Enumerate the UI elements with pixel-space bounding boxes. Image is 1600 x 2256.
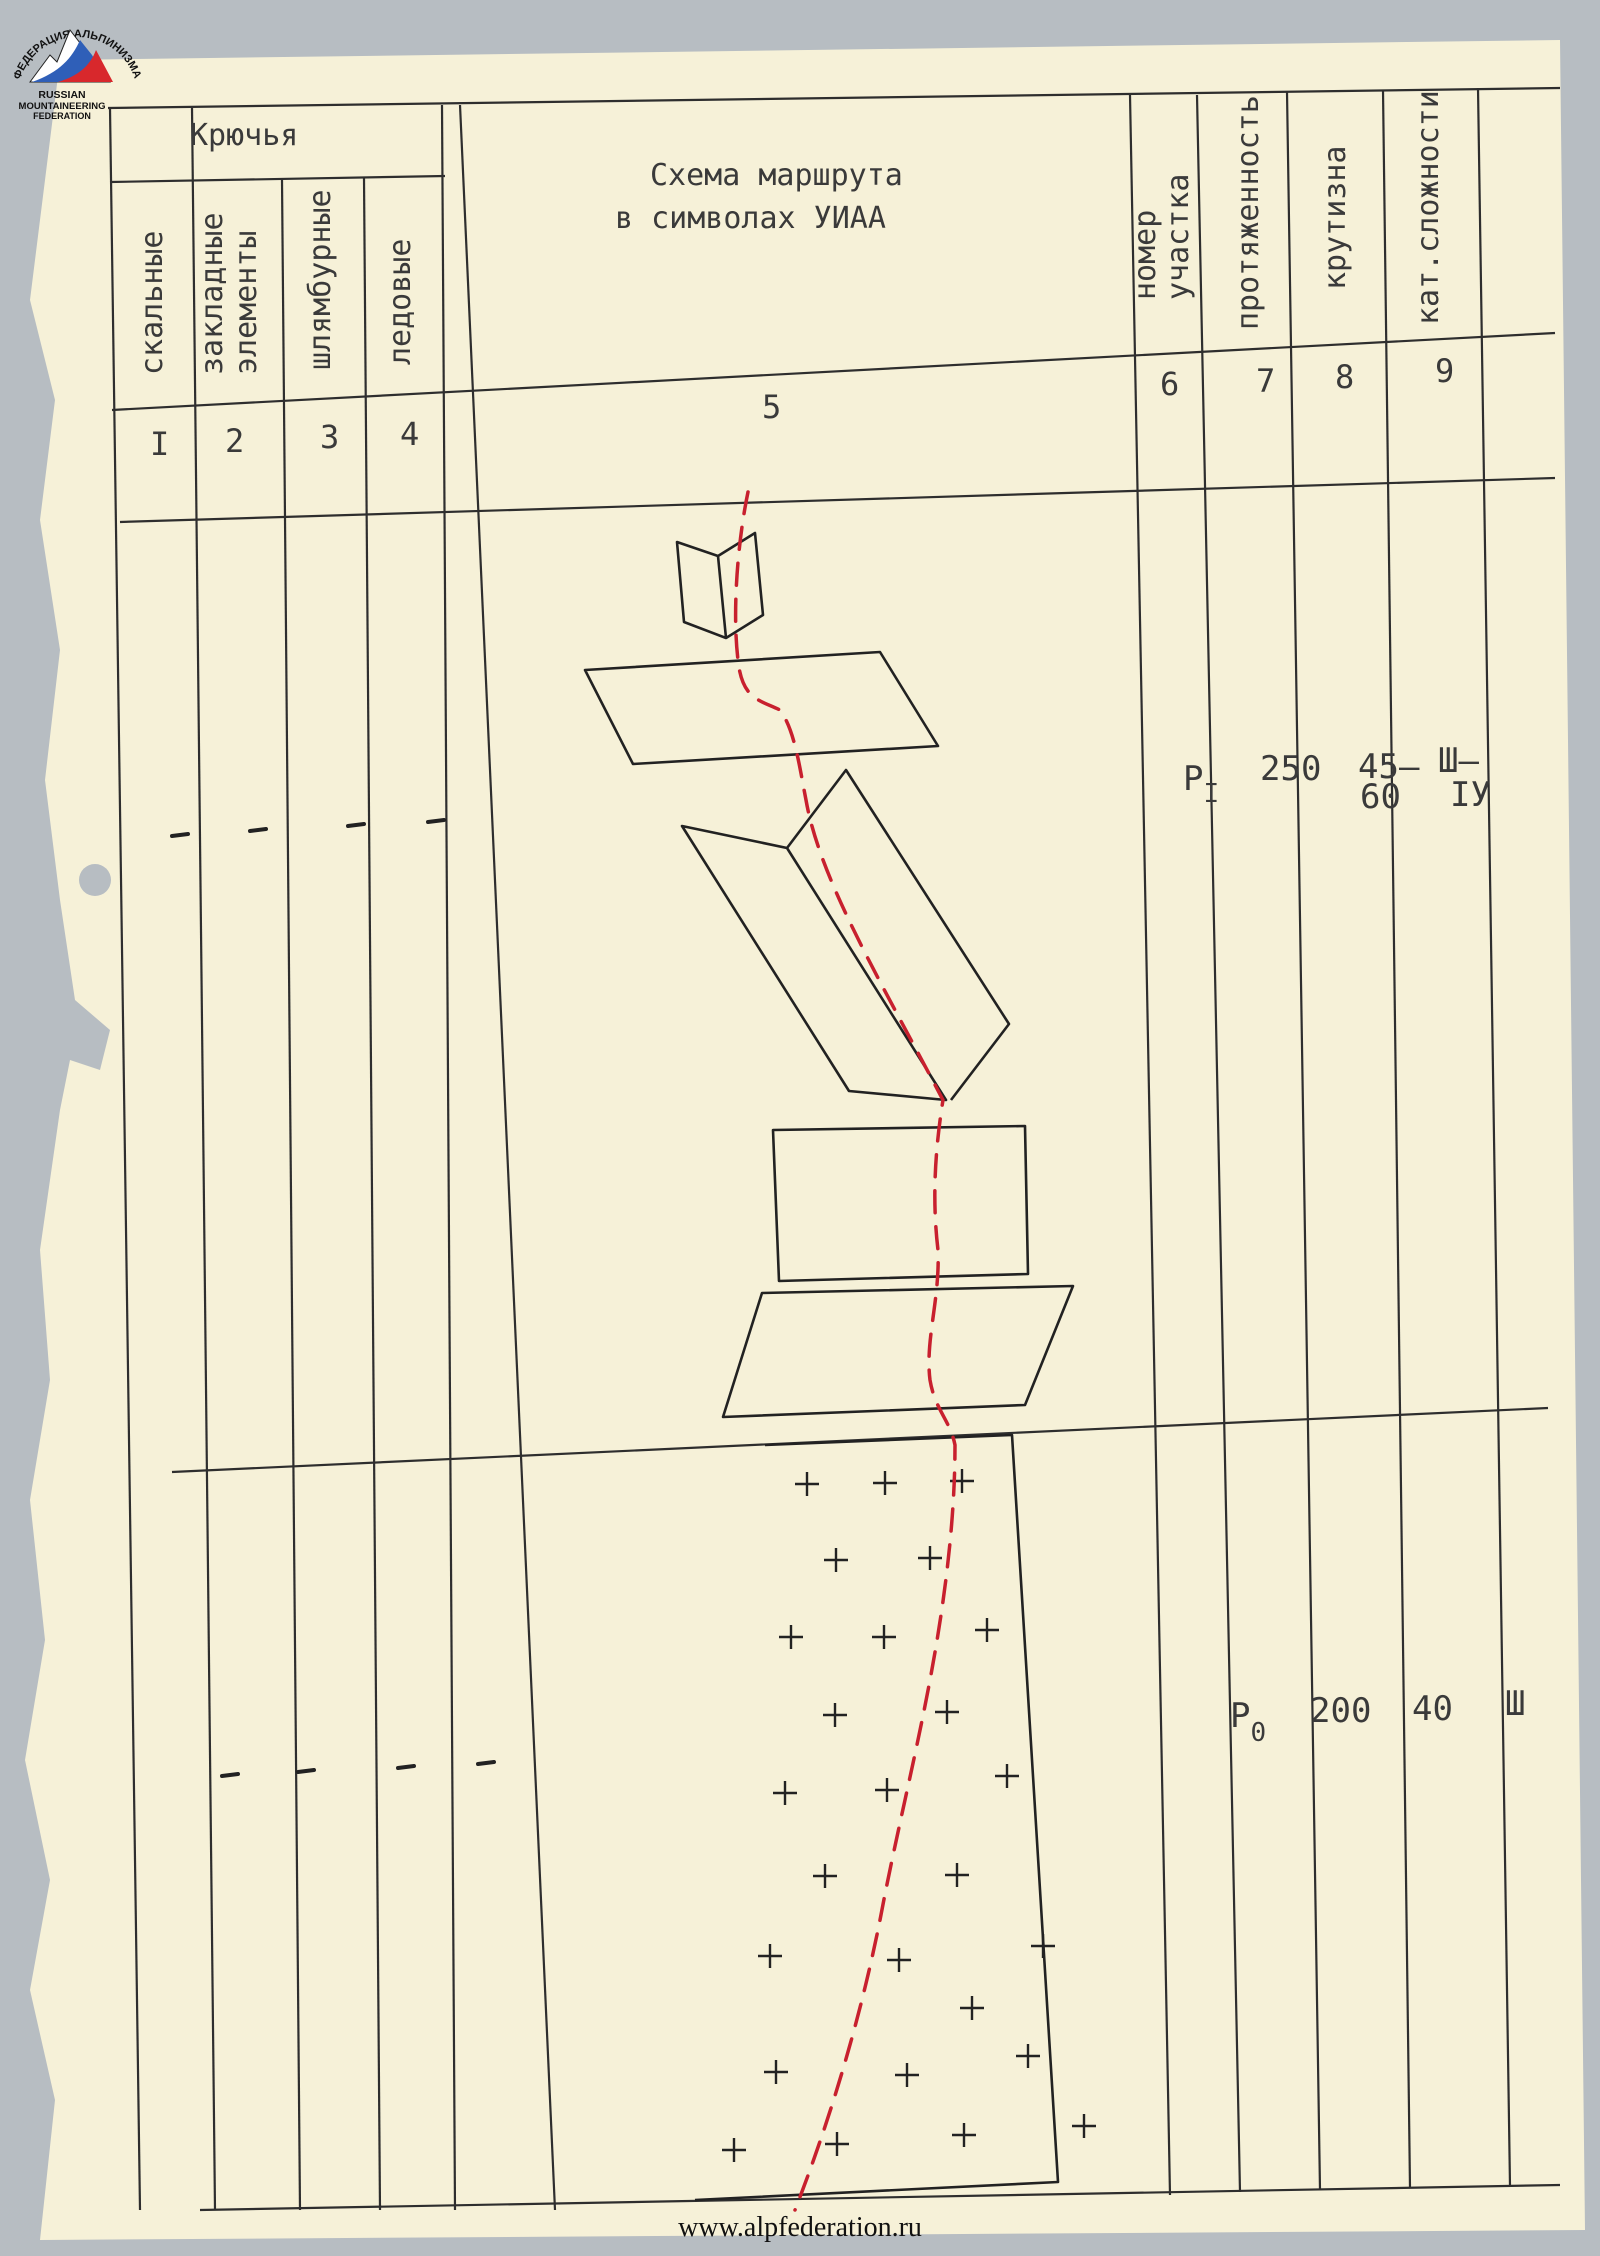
column-number-7: 7 [1256,362,1275,400]
hooks-group-header: Крючья [190,118,298,153]
column-label-scheme-line1: Схема маршрута [650,158,903,193]
steepness: 40 [1412,1689,1453,1729]
hooks-ice-dash [428,820,444,822]
column-header-1: скальные [135,231,170,376]
hooks-ice-dash [478,1762,494,1764]
logo-line3: FEDERATION [33,111,91,121]
column-header-2: закладные элементы [195,212,264,375]
hooks-chocks-dash [298,1770,314,1772]
steepness-line2: 60 [1360,777,1401,817]
hooks-rock-dash [172,834,188,836]
column-label-length: протяженность [1231,95,1266,330]
column-header-7: протяженность [1231,95,1266,330]
column-number-1: I [150,425,169,463]
column-header-4: ледовые [383,239,418,365]
column-label-section-line1: номер [1128,210,1163,300]
difficulty: Ш [1505,1684,1525,1724]
section-length: 200 [1310,1691,1371,1731]
hooks-bolts-dash [348,824,364,826]
hooks-chocks-dash [250,829,266,831]
column-header-3: шлямбурные [303,189,338,370]
column-label-chocks-line1: закладные [195,212,230,375]
column-header-8: крутизна [1318,146,1353,291]
difficulty-line2: IУ [1450,775,1491,815]
column-label-bolts: шлямбурные [303,189,338,370]
section-length: 250 [1260,749,1321,789]
column-label-difficulty: кат.сложности [1411,90,1446,325]
logo-line1: RUSSIAN [38,89,85,101]
punch-hole [79,864,111,896]
column-number-8: 8 [1335,358,1354,396]
column-number-5: 5 [762,388,781,426]
column-number-2: 2 [225,422,244,460]
column-label-chocks-line2: элементы [229,231,264,376]
route-description-table: Крючья скальные закладные элементы шлямб… [0,0,1600,2256]
column-label-steepness: крутизна [1318,146,1353,291]
column-number-3: 3 [320,418,339,456]
column-label-ice-screws: ледовые [383,239,418,365]
hooks-rock-dash [222,1774,238,1776]
scanned-route-sheet: Крючья скальные закладные элементы шлямб… [0,0,1600,2256]
column-number-6: 6 [1160,365,1179,403]
column-number-4: 4 [400,415,419,453]
footer-url[interactable]: www.alpfederation.ru [0,2212,1600,2244]
column-label-section-line2: участка [1161,174,1196,300]
column-label-scheme-line2: в символах УИАА [615,201,886,236]
hooks-bolts-dash [398,1766,414,1768]
column-header-9: кат.сложности [1411,90,1446,325]
column-label-rock-pitons: скальные [135,231,170,376]
column-number-9: 9 [1435,352,1454,390]
